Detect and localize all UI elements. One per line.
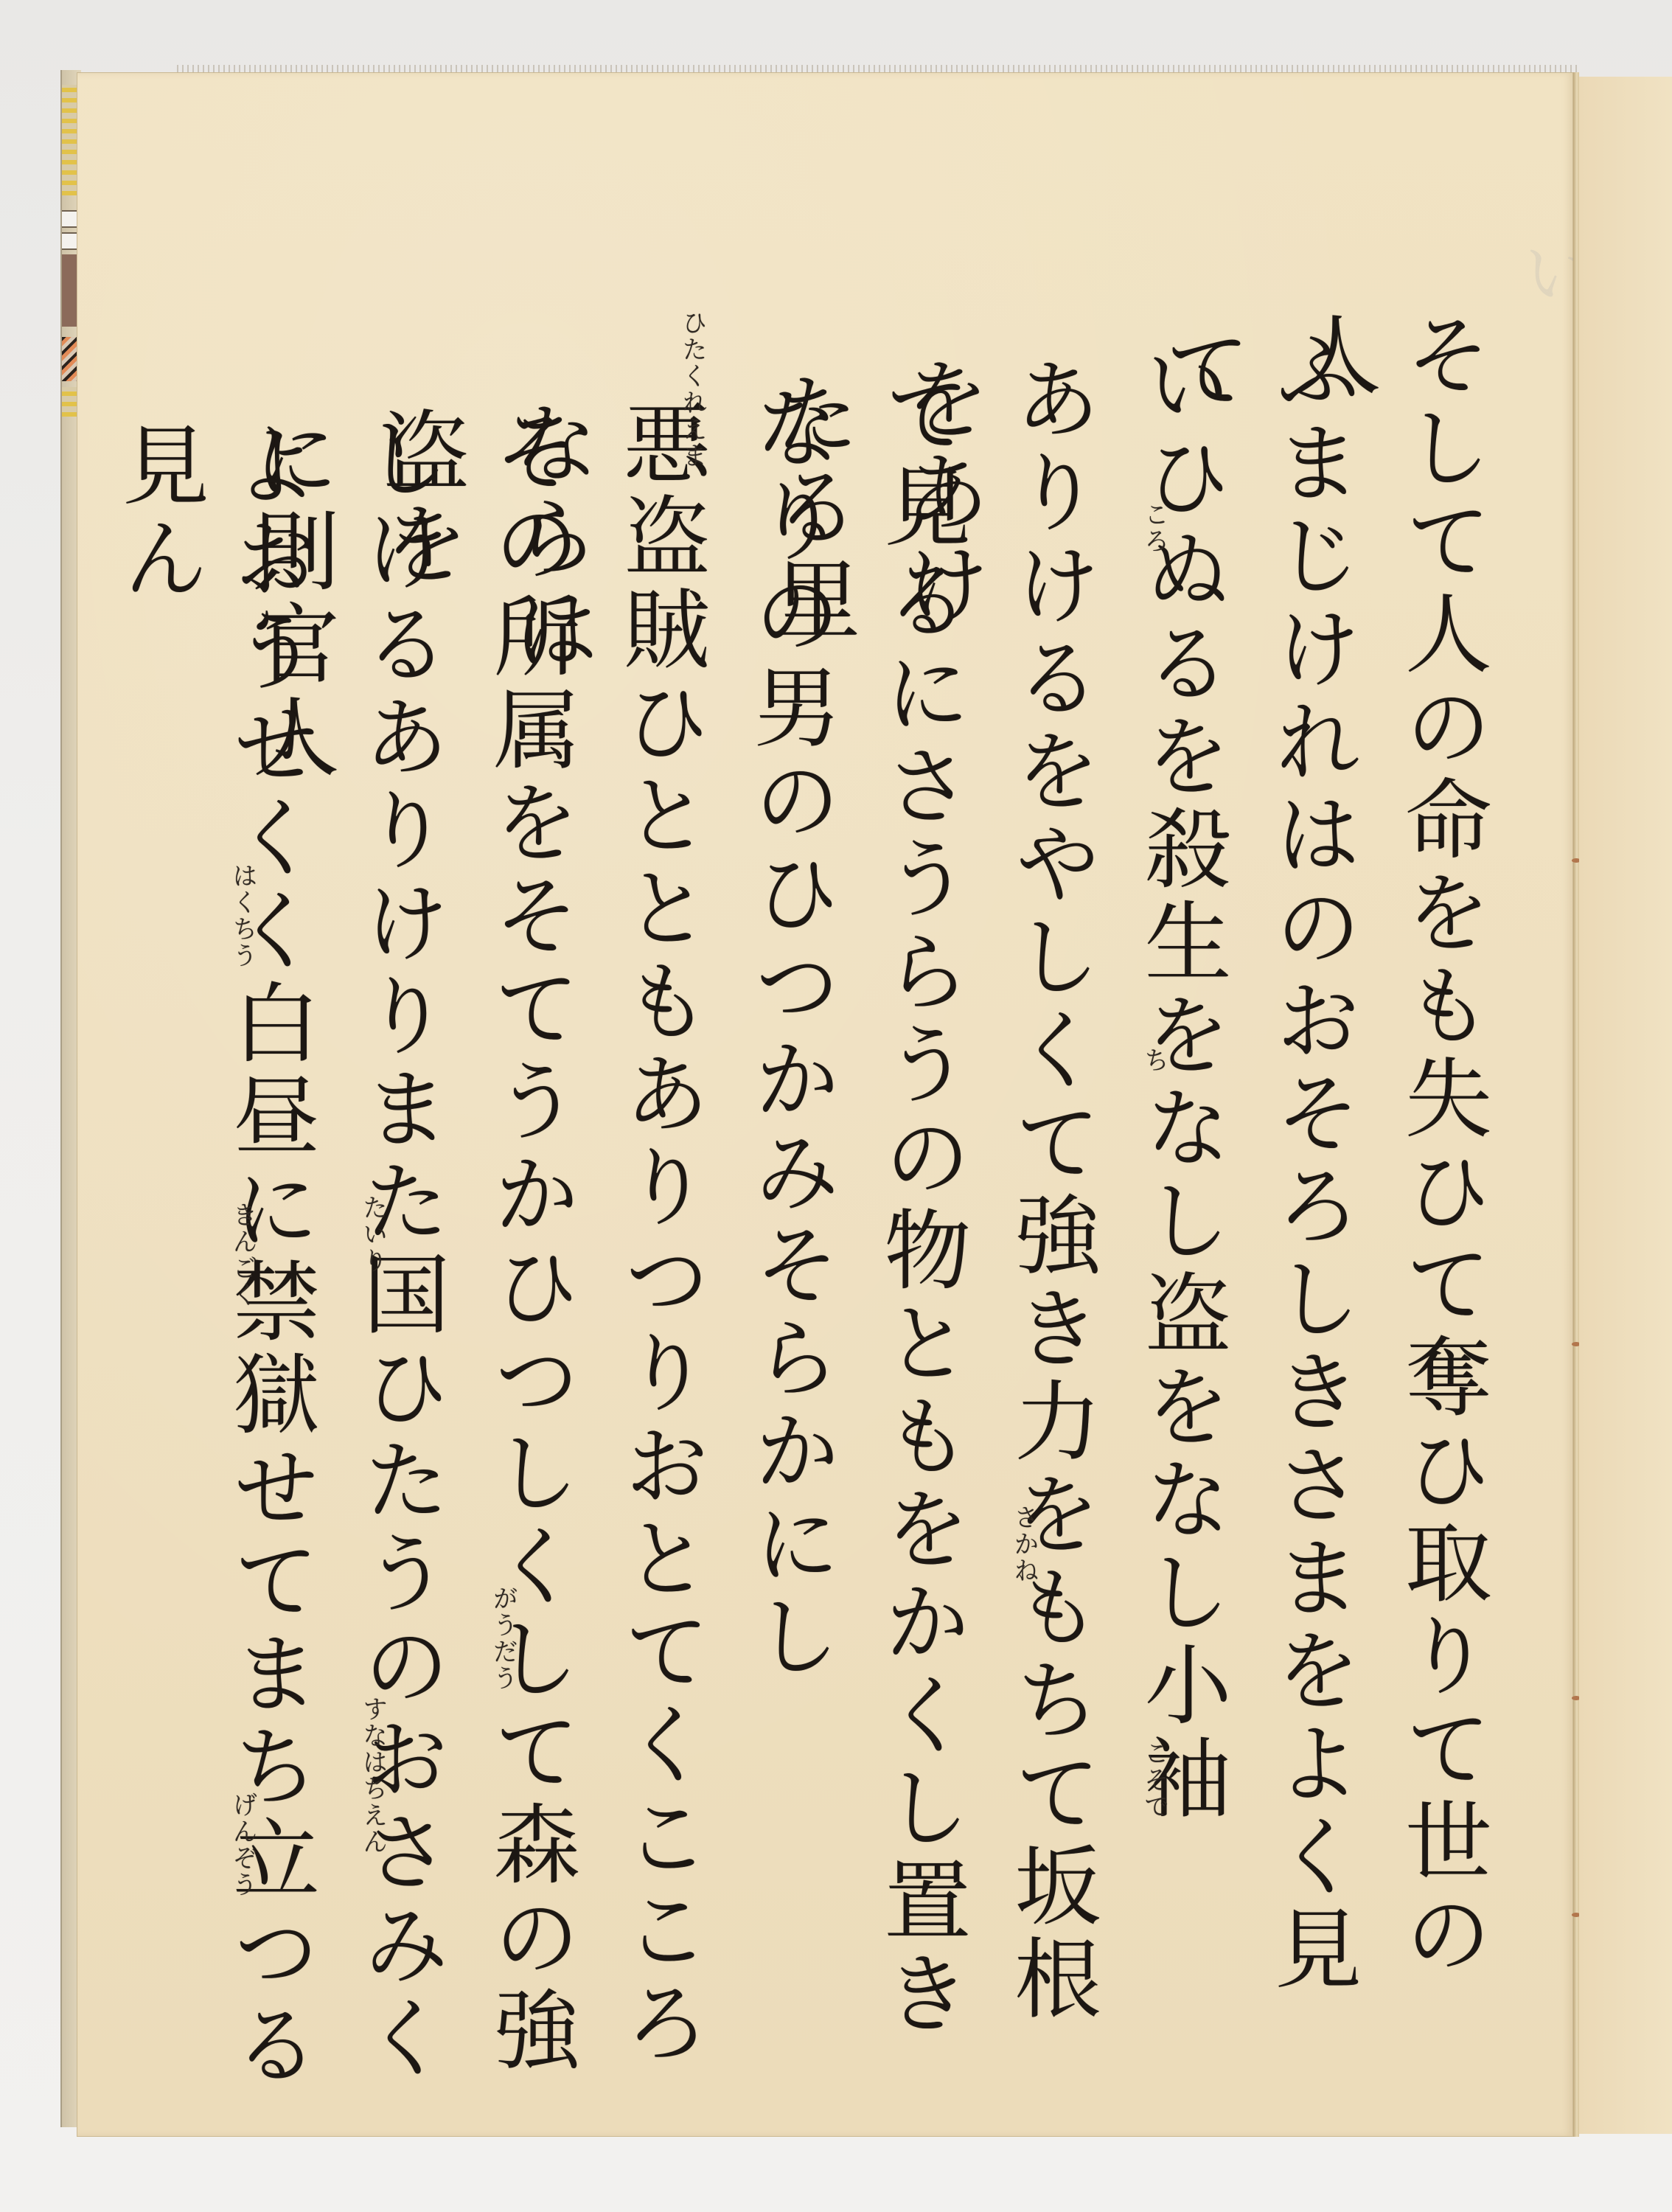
- ruby-annotation: きんごく: [187, 1202, 298, 1308]
- manuscript-text: そして人の命をも失ひて奪ひ取りて世の人 ふまじけれはのおそろしきさまをよく見て …: [214, 295, 1497, 1976]
- ruby-annotation: こそで: [1099, 1740, 1210, 1820]
- ruby-annotation: たいり: [318, 1194, 428, 1274]
- text-column-9: しけるありけりまた国ひたうのおさみくに則官人 たいり すなはちえん: [344, 413, 455, 2094]
- text-column-8: その所属をそてうかひつしくして森の強盗を がうだう: [474, 406, 585, 2087]
- ruby-annotation: ころ: [1099, 501, 1210, 554]
- text-column-7: 悪盗賊ひとともありつりおとてくこころならは ひたくれえま: [605, 398, 715, 2079]
- ruby-annotation: げんぞう: [187, 1792, 298, 1898]
- text-column-5: て見るにさうらうの物ともをかくし置きたる里: [865, 369, 975, 2050]
- ruby-annotation: ち: [1099, 1047, 1210, 1074]
- text-column-6: なりの男のひつかみそらかにし: [735, 383, 846, 2065]
- text-column-2: ふまじけれはのおそろしきさまをよく見て: [1255, 324, 1366, 2006]
- ruby-annotation: がうだう: [447, 1585, 558, 1691]
- text-column-10: よおうせくく白昼に禁獄せてまち立つる見ん はくちう きんごく げんぞう: [214, 420, 324, 2101]
- text-column-3: いひぬるを殺生をなし盗をなし小袖 ころ ち こそで: [1126, 339, 1236, 2020]
- ruby-annotation: はくちう: [187, 863, 298, 969]
- ruby-annotation: ひたくれえま: [637, 310, 748, 469]
- ruby-annotation: さかね: [969, 1504, 1079, 1584]
- text-column-4: ありけるをやしくて強き力をもちて坂根をあけ さかね: [995, 354, 1106, 2035]
- page-gutter: [1573, 72, 1579, 2137]
- ruby-annotation: すなはちえん: [318, 1696, 428, 1855]
- column-text: いひぬるを殺生をなし盗をなし小袖: [1130, 339, 1232, 1826]
- facing-page-edge: [1579, 77, 1672, 2134]
- text-column-1: そして人の命をも失ひて奪ひ取りて世の人: [1386, 310, 1497, 1991]
